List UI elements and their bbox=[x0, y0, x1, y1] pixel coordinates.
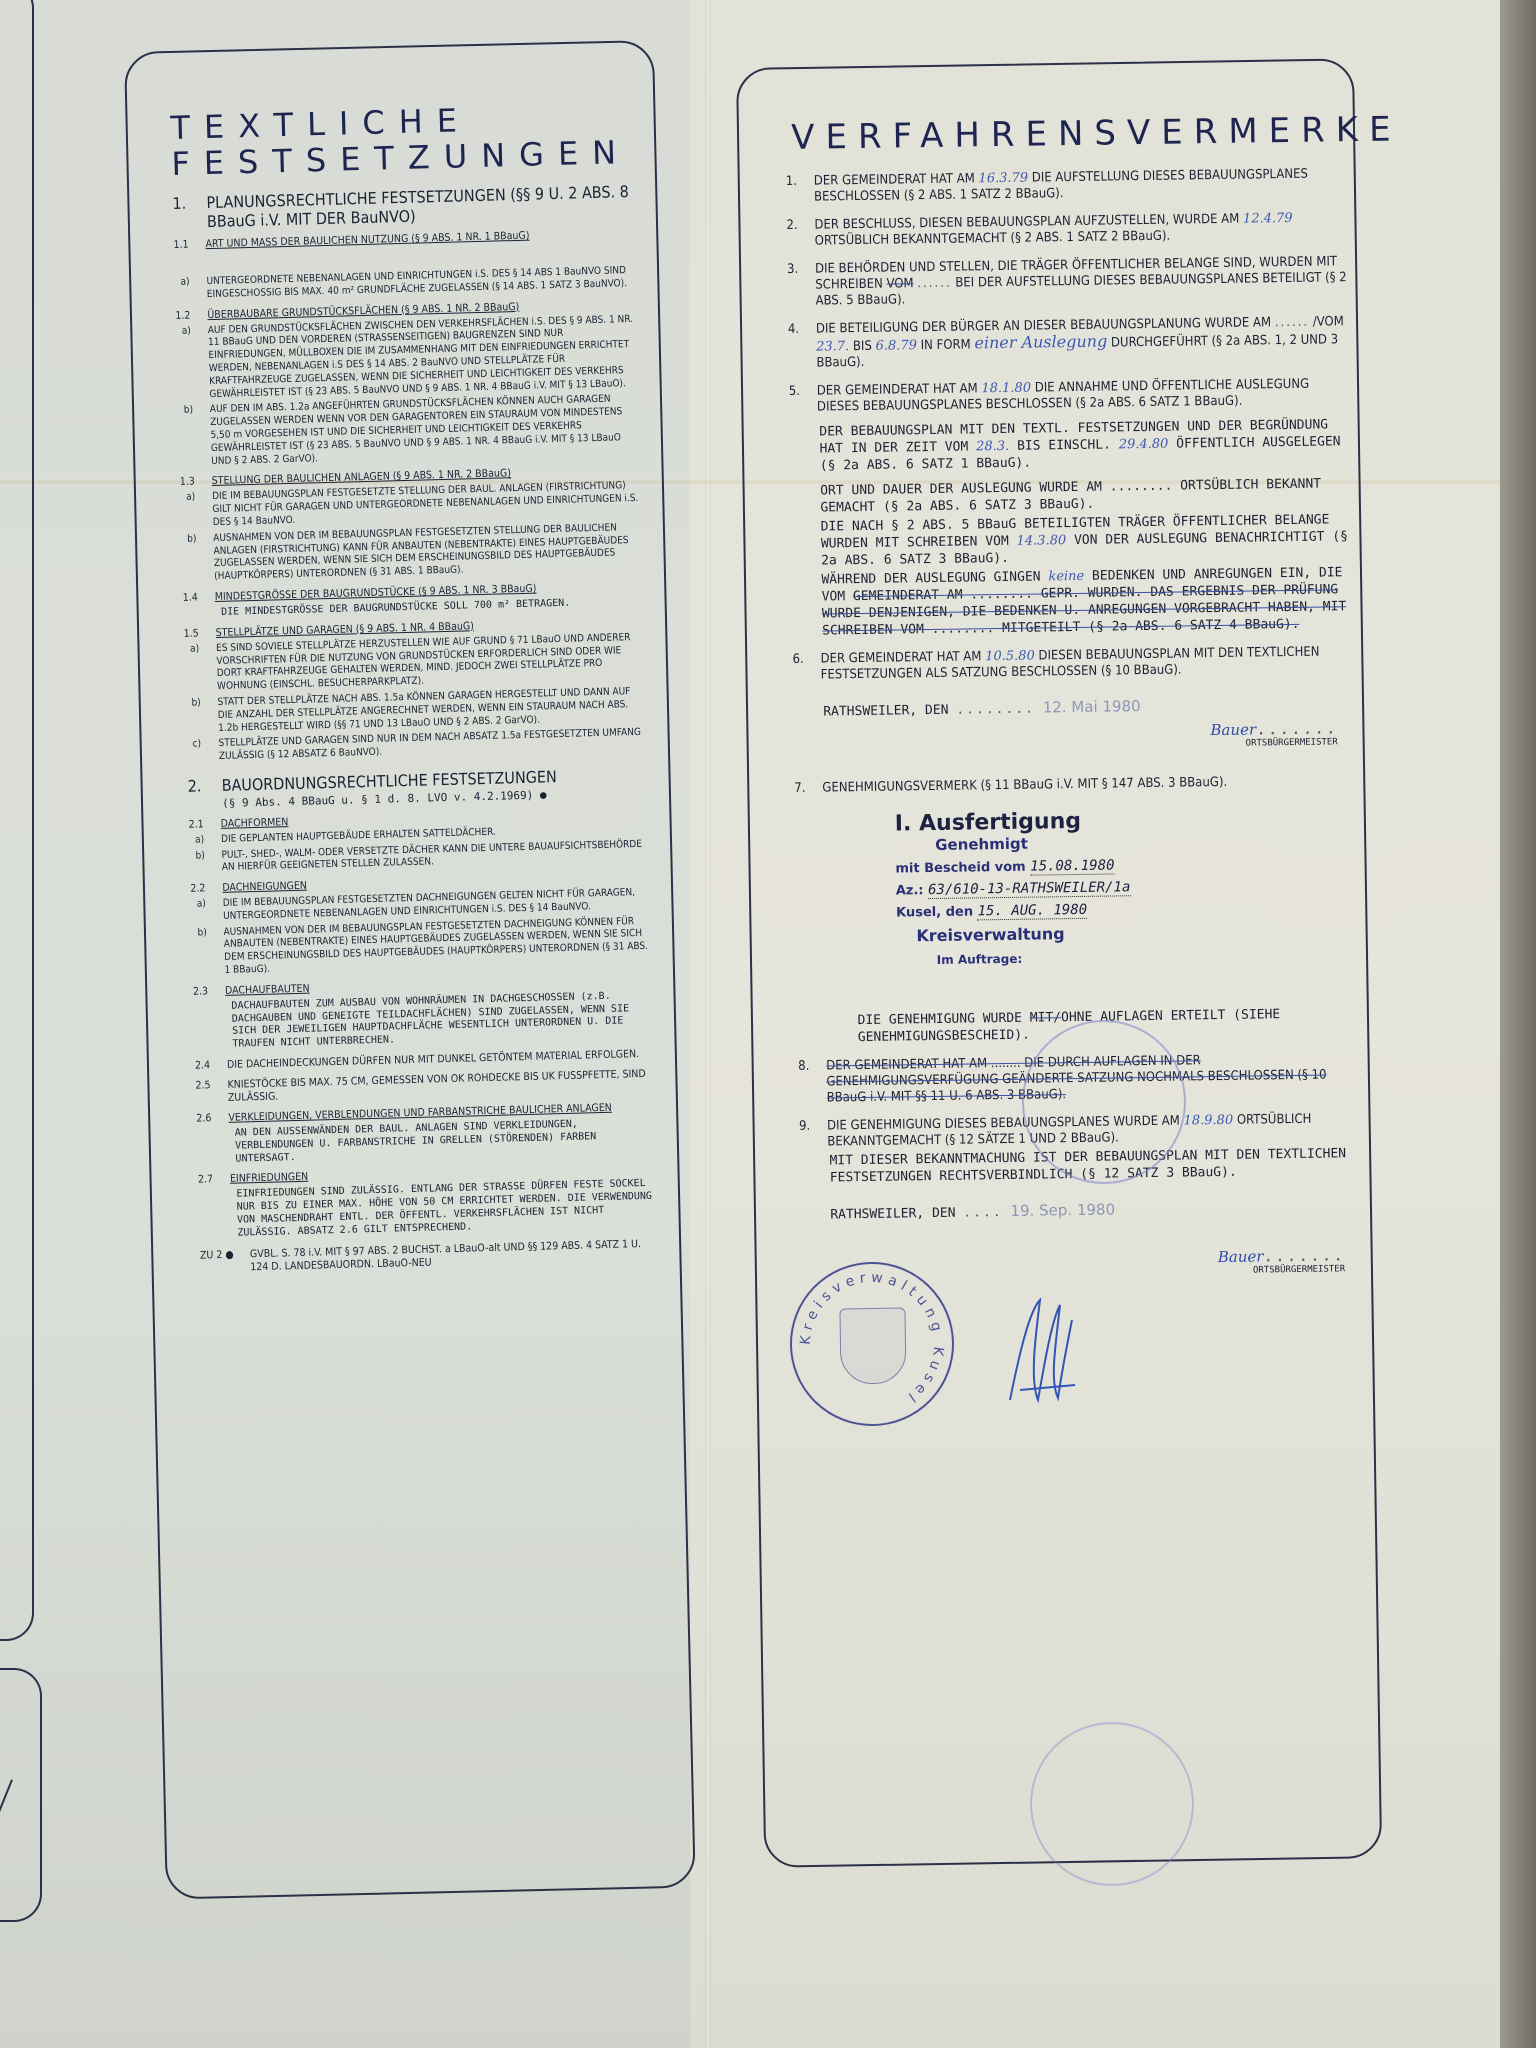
item-5-objections: WÄHREND DER AUSLEGUNG GINGEN keine BEDEN… bbox=[821, 564, 1352, 639]
on-behalf-label: Im Auftrage: bbox=[937, 947, 1357, 967]
item-2: 2. DER BESCHLUSS, DIESEN BEBAUUNGSPLAN A… bbox=[786, 210, 1346, 250]
handwritten-date: 18.1.80 bbox=[981, 381, 1031, 397]
item-4: 4. DIE BETEILIGUNG DER BÜRGER AN DIESER … bbox=[788, 314, 1349, 372]
section-2-3-text: DACHAUFBAUTEN ZUM AUSBAU VON WOHNRÄUMEN … bbox=[231, 990, 654, 1052]
struck-text: VOM bbox=[886, 276, 913, 291]
place-line: Kusel, den 15. AUG. 1980 bbox=[896, 898, 1356, 920]
approval-stamp-block: I. Ausfertigung Genehmigt mit Bescheid v… bbox=[895, 805, 1357, 967]
date-stamp: 12. Mai 1980 bbox=[1043, 697, 1141, 716]
district-seal-stamp: Kreisverwaltung Kusel bbox=[789, 1261, 956, 1428]
adjacent-frame-edge bbox=[0, 0, 34, 1641]
office-label: Kreisverwaltung bbox=[916, 920, 1356, 945]
signature: Bauer bbox=[1218, 1247, 1264, 1266]
section-1-5-a: a) ES SIND SOVIELE STELLPLÄTZE HERZUSTEL… bbox=[184, 632, 645, 695]
item-6: 6. DER GEMEINDERAT HAT AM 10.5.80 DIESEN… bbox=[792, 644, 1352, 684]
handwritten-date: 6.8.79 bbox=[875, 338, 917, 354]
item-5-announcement: ORT UND DAUER DER AUSLEGUNG WURDE AM ...… bbox=[820, 475, 1350, 516]
handwritten-date: 16.3.79 bbox=[978, 171, 1028, 187]
section-2-6-text: AN DEN AUSSENWÄNDEN DER BAUL. ANLAGEN SI… bbox=[235, 1117, 658, 1166]
handwritten-date: 10.5.80 bbox=[985, 649, 1035, 665]
handwritten-signature-icon bbox=[1000, 1290, 1080, 1410]
handwritten-date: 12.4.79 bbox=[1243, 211, 1293, 227]
municipal-seal-stamp bbox=[1030, 1722, 1194, 1886]
handwritten-date: 18.9.80 bbox=[1183, 1113, 1233, 1129]
title: VERFAHRENSVERMERKE bbox=[791, 112, 1345, 156]
coat-of-arms-icon bbox=[839, 1307, 906, 1384]
item-7: 7. GENEHMIGUNGSVERMERK (§ 11 BBauG i.V. … bbox=[794, 773, 1354, 797]
struck-text: MIT/ bbox=[1030, 1010, 1062, 1025]
item-5: 5. DER GEMEINDERAT HAT AM 18.1.80 DIE AN… bbox=[789, 376, 1349, 416]
item-1: 1. DER GEMEINDERAT HAT AM 16.3.79 DIE AU… bbox=[786, 166, 1346, 206]
signature: Bauer bbox=[1210, 720, 1256, 739]
item-5-display-period: DER BEBAUUNGSPLAN MIT DEN TEXTL. FESTSET… bbox=[819, 416, 1350, 474]
section-2-2-b: b) AUSNAHMEN VON DER IM BEBAUUNGSPLAN FE… bbox=[191, 915, 652, 978]
handwritten-date: 23.7. bbox=[816, 339, 849, 354]
section-2-5: 2.5 KNIESTÖCKE BIS MAX. 75 CM, GEMESSEN … bbox=[195, 1068, 656, 1106]
sheet-fold-vertical bbox=[705, 0, 711, 2048]
decision-line: mit Bescheid vom 15.08.1980 bbox=[895, 854, 1355, 876]
section-1-heading: 1. PLANUNGSRECHTLICHE FESTSETZUNGEN (§§ … bbox=[172, 182, 633, 232]
section-1-2-a: a) AUF DEN GRUNDSTÜCKSFLÄCHEN ZWISCHEN D… bbox=[176, 313, 638, 402]
handwritten-form: einer Auslegung bbox=[974, 332, 1107, 353]
item-6-place-date: RATHSWEILER, DEN ........ 12. Mai 1980 bbox=[823, 694, 1353, 719]
section-1-2-b: b) AUF DEN IM ABS. 1.2a ANGEFÜHRTEN GRUN… bbox=[178, 393, 640, 469]
section-1-3-b: b) AUSNAHMEN VON DER IM BEBAUUNGSPLAN FE… bbox=[181, 522, 642, 585]
struck-text: GEMEINDERAT AM ........ GEPR. WURDEN. DA… bbox=[822, 582, 1347, 638]
item-6-signature: Bauer....... ORTSBÜRGERMEISTER bbox=[793, 718, 1353, 755]
reference-line: Az.: 63/610-13-RATHSWEILER/1a bbox=[896, 876, 1356, 898]
item-3: 3. DIE BEHÖRDEN UND STELLEN, DIE TRÄGER … bbox=[787, 254, 1348, 310]
section-2-7-text: EINFRIEDUNGEN SIND ZULÄSSIG. ENTLANG DER… bbox=[236, 1178, 659, 1240]
item-5-notification: DIE NACH § 2 ABS. 5 BBauG BETEILIGTEN TR… bbox=[821, 511, 1352, 569]
municipal-seal-stamp bbox=[1022, 1020, 1186, 1184]
date-stamp: 19. Sep. 1980 bbox=[1010, 1200, 1115, 1219]
textliche-festsetzungen: TEXTLICHE FESTSETZUNGEN 1. PLANUNGSRECHT… bbox=[170, 98, 660, 1275]
item-9-place-date: RATHSWEILER, DEN .... 19. Sep. 1980 bbox=[830, 1197, 1360, 1222]
table-surface bbox=[1500, 0, 1536, 2048]
